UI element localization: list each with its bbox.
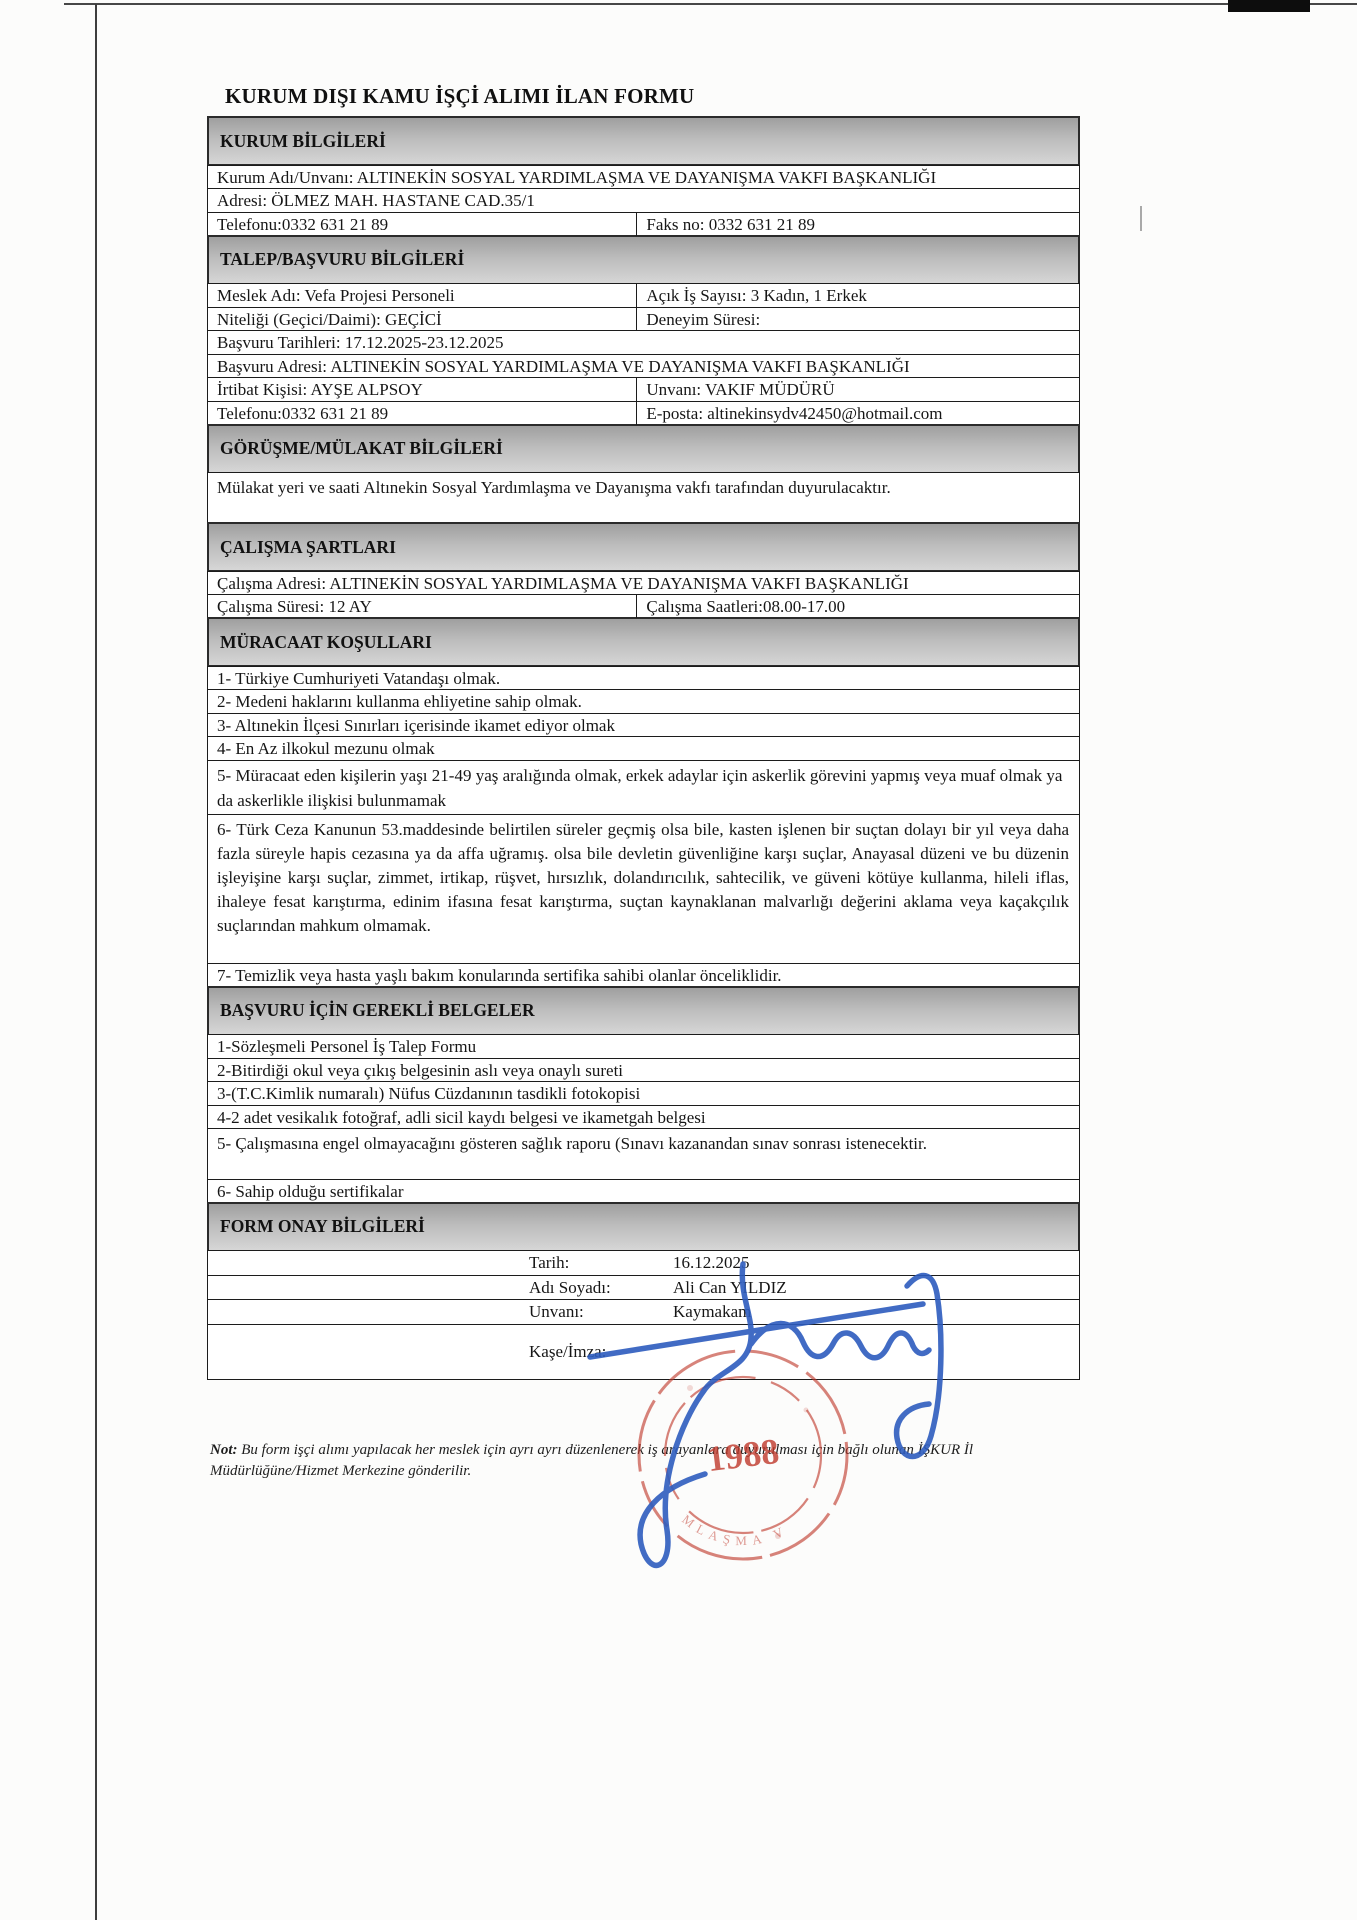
belge-item-6: 6- Sahip olduğu sertifikalar: [207, 1179, 1080, 1204]
belge-item-2: 2-Bitirdiği okul veya çıkış belgesinin a…: [207, 1058, 1080, 1083]
belge-item-1: 1-Sözleşmeli Personel İş Talep Formu: [207, 1034, 1080, 1059]
cell-acik-is-sayisi: Açık İş Sayısı: 3 Kadın, 1 Erkek: [637, 284, 1079, 307]
cell-niteligi: Niteliği (Geçici/Daimi): GEÇİCİ: [208, 308, 637, 331]
scan-top-edge-line: [64, 3, 1357, 5]
belge-item-5: 5- Çalışmasına engel olmayacağını göster…: [207, 1128, 1080, 1180]
muracaat-item-6: 6- Türk Ceza Kanunun 53.maddesinde belir…: [207, 814, 1080, 964]
cell-deneyim-suresi: Deneyim Süresi:: [637, 308, 1079, 331]
signature-stroke-main: [640, 1264, 751, 1565]
row-telefon-eposta: Telefonu:0332 631 21 89 E-posta: altinek…: [207, 401, 1080, 426]
row-kurum-adi: Kurum Adı/Unvanı: ALTINEKİN SOSYAL YARDI…: [207, 165, 1080, 190]
cell-irtibat-kisisi: İrtibat Kişisi: AYŞE ALPSOY: [208, 378, 637, 401]
cell-meslek-adi: Meslek Adı: Vefa Projesi Personeli: [208, 284, 637, 307]
cell-telefonu-2: Telefonu:0332 631 21 89: [208, 402, 637, 425]
section-header-gorusme-mulakat: GÖRÜŞME/MÜLAKAT BİLGİLERİ: [207, 424, 1080, 474]
scan-left-edge-line: [95, 4, 97, 1920]
muracaat-item-3: 3- Altınekin İlçesi Sınırları içerisinde…: [207, 713, 1080, 738]
scan-tick-artifact: [1140, 206, 1142, 231]
row-niteligi-deneyim: Niteliği (Geçici/Daimi): GEÇİCİ Deneyim …: [207, 307, 1080, 332]
cell-telefonu: Telefonu:0332 631 21 89: [208, 213, 637, 236]
cell-eposta: E-posta: altinekinsydv42450@hotmail.com: [637, 402, 1079, 425]
muracaat-item-7: 7- Temizlik veya hasta yaşlı bakım konul…: [207, 963, 1080, 988]
cell-calisma-saatleri: Çalışma Saatleri:08.00-17.00: [637, 595, 1079, 618]
signature-stroke-cross: [590, 1304, 923, 1357]
footer-note-label: Not:: [210, 1442, 238, 1458]
row-calisma-adresi: Çalışma Adresi: ALTINEKİN SOSYAL YARDIML…: [207, 571, 1080, 596]
page-title: KURUM DIŞI KAMU İŞÇİ ALIMI İLAN FORMU: [225, 84, 1125, 109]
cell-faks: Faks no: 0332 631 21 89: [637, 213, 1079, 236]
row-calisma-suresi-saatleri: Çalışma Süresi: 12 AY Çalışma Saatleri:0…: [207, 594, 1080, 619]
section-header-form-onay: FORM ONAY BİLGİLERİ: [207, 1202, 1080, 1252]
row-irtibat-unvan: İrtibat Kişisi: AYŞE ALPSOY Unvanı: VAKI…: [207, 377, 1080, 402]
belge-item-4: 4-2 adet vesikalık fotoğraf, adli sicil …: [207, 1105, 1080, 1130]
row-mulakat-bilgisi: Mülakat yeri ve saati Altınekin Sosyal Y…: [207, 472, 1080, 524]
signature-scribble: [555, 1252, 995, 1612]
muracaat-item-5: 5- Müracaat eden kişilerin yaşı 21-49 ya…: [207, 760, 1080, 816]
section-header-calisma-sartlari: ÇALIŞMA ŞARTLARI: [207, 522, 1080, 572]
section-header-gerekli-belgeler: BAŞVURU İÇİN GEREKLİ BELGELER: [207, 986, 1080, 1036]
muracaat-item-2: 2- Medeni haklarını kullanma ehliyetine …: [207, 689, 1080, 714]
cell-calisma-suresi: Çalışma Süresi: 12 AY: [208, 595, 637, 618]
section-header-kurum-bilgileri: KURUM BİLGİLERİ: [207, 116, 1080, 166]
scan-corner-mark: [1228, 0, 1310, 12]
belge-item-3: 3-(T.C.Kimlik numaralı) Nüfus Cüzdanının…: [207, 1081, 1080, 1106]
muracaat-item-4: 4- En Az ilkokul mezunu olmak: [207, 736, 1080, 761]
row-meslek-acikis: Meslek Adı: Vefa Projesi Personeli Açık …: [207, 283, 1080, 308]
form-table: KURUM BİLGİLERİ Kurum Adı/Unvanı: ALTINE…: [207, 118, 1080, 1380]
row-adresi: Adresi: ÖLMEZ MAH. HASTANE CAD.35/1: [207, 188, 1080, 213]
section-header-muracaat-kosullari: MÜRACAAT KOŞULLARI: [207, 617, 1080, 667]
muracaat-item-1: 1- Türkiye Cumhuriyeti Vatandaşı olmak.: [207, 666, 1080, 691]
row-basvuru-adresi: Başvuru Adresi: ALTINEKİN SOSYAL YARDIML…: [207, 354, 1080, 379]
row-basvuru-tarihleri: Başvuru Tarihleri: 17.12.2025-23.12.2025: [207, 330, 1080, 355]
row-telefon-faks: Telefonu:0332 631 21 89 Faks no: 0332 63…: [207, 212, 1080, 237]
cell-unvani: Unvanı: VAKIF MÜDÜRÜ: [637, 378, 1079, 401]
section-header-talep-basvuru: TALEP/BAŞVURU BİLGİLERİ: [207, 235, 1080, 285]
